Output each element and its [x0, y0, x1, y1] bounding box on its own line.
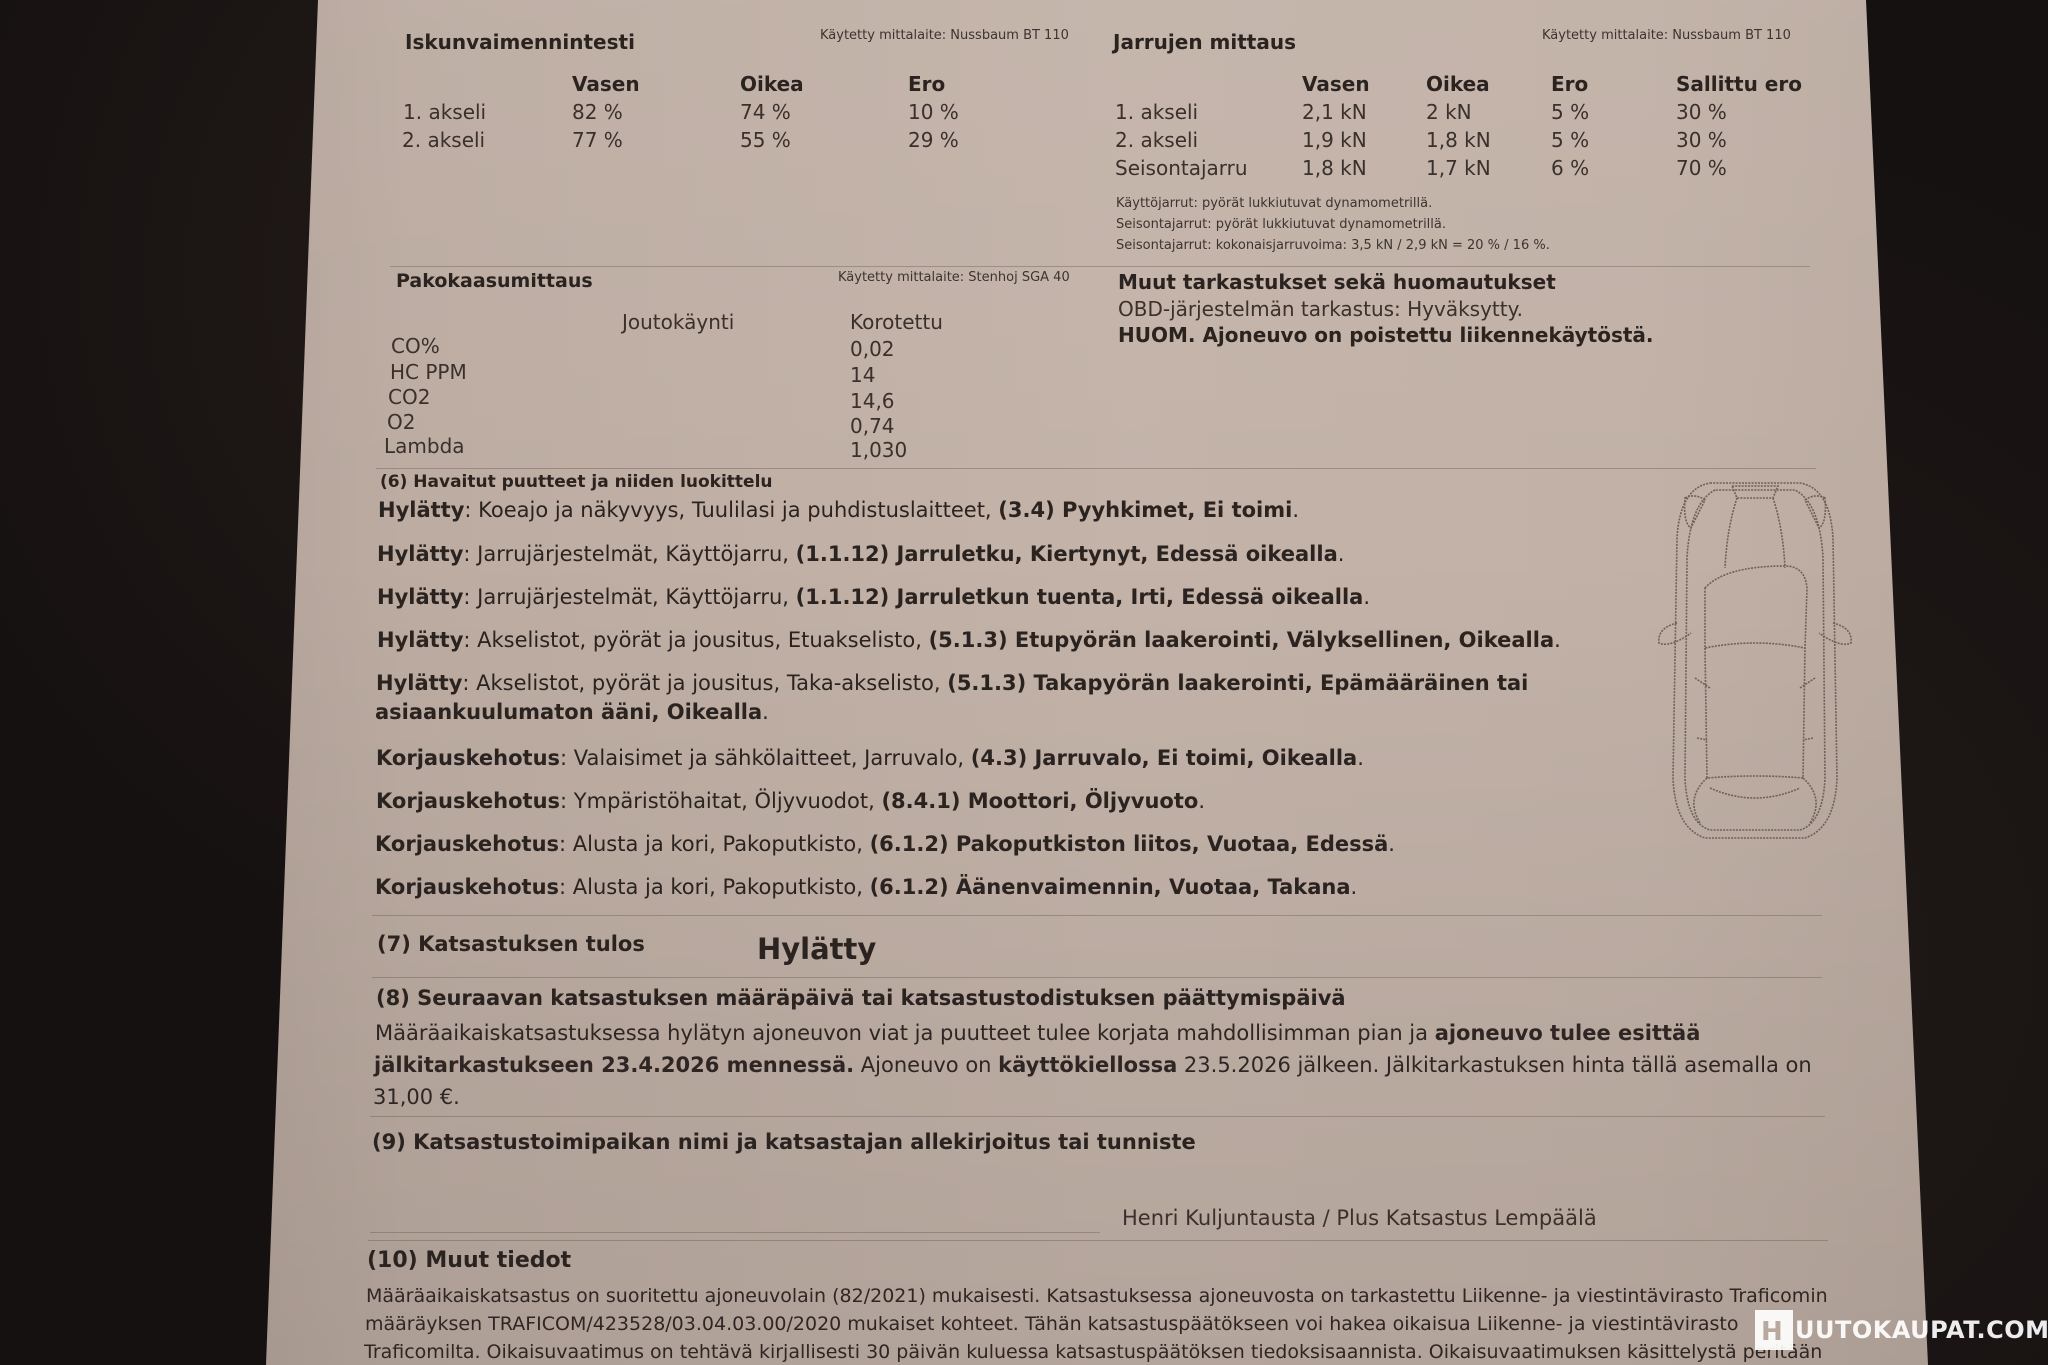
- row-value: 5 %: [1551, 100, 1589, 124]
- defect-code: (6.1.2) Pakoputkiston liitos, Vuotaa, Ed…: [870, 832, 1389, 856]
- defect-classification: Korjauskehotus: [375, 875, 559, 899]
- other-info-line: Traficomilta. Oikaisuvaatimus on tehtävä…: [364, 1338, 1822, 1365]
- defect-item: Hylätty: Akselistot, pyörät ja jousitus,…: [376, 671, 1528, 695]
- row-value: 55 %: [740, 128, 791, 152]
- divider: [368, 1240, 1828, 1241]
- row-value: 1,8 kN: [1426, 128, 1491, 152]
- shock-absorber-device: Käytetty mittalaite: Nussbaum BT 110: [820, 28, 1069, 43]
- defect-classification: Hylätty: [377, 585, 463, 609]
- defect-classification: Hylätty: [377, 628, 463, 652]
- defect-classification: Korjauskehotus: [376, 746, 560, 770]
- other-info-title: (10) Muut tiedot: [367, 1248, 571, 1273]
- row-value: 70 %: [1676, 156, 1727, 180]
- defect-code: (5.1.3) Takapyörän laakerointi, Epämäärä…: [947, 671, 1528, 695]
- defect-item-continuation: asiaankuulumaton ääni, Oikealla.: [375, 700, 769, 724]
- col-header-diff: Ero: [908, 72, 945, 96]
- result-value: Hylätty: [757, 932, 876, 966]
- row-value: 77 %: [572, 128, 623, 152]
- signature-title: (9) Katsastustoimipaikan nimi ja katsast…: [372, 1130, 1196, 1154]
- defect-classification: Korjauskehotus: [376, 789, 560, 813]
- row-label: Seisontajarru: [1115, 156, 1248, 180]
- row-value: 1,030: [850, 438, 907, 462]
- obd-check: OBD-järjestelmän tarkastus: Hyväksytty.: [1118, 297, 1523, 321]
- row-label: 1. akseli: [1115, 100, 1198, 124]
- divider: [390, 266, 1810, 267]
- other-info-line: Määräaikaiskatsastus on suoritettu ajone…: [366, 1282, 1828, 1310]
- defect-item: Hylätty: Jarrujärjestelmät, Käyttöjarru,…: [377, 542, 1344, 566]
- vehicle-removed-note: HUOM. Ajoneuvo on poistettu liikennekäyt…: [1118, 323, 1654, 347]
- row-label: 2. akseli: [1115, 128, 1198, 152]
- row-label: 2. akseli: [402, 128, 485, 152]
- exhaust-title: Pakokaasumittaus: [396, 270, 593, 292]
- divider: [370, 1116, 1825, 1117]
- defect-classification: Hylätty: [378, 498, 464, 522]
- divider: [376, 468, 1816, 469]
- other-checks-title: Muut tarkastukset sekä huomautukset: [1118, 270, 1556, 294]
- defects-title: (6) Havaitut puutteet ja niiden luokitte…: [380, 472, 773, 492]
- shock-absorber-title: Iskunvaimennintesti: [405, 30, 635, 54]
- defect-item: Hylätty: Koeajo ja näkyvyys, Tuulilasi j…: [378, 498, 1299, 522]
- brake-note: Seisontajarrut: kokonaisjarruvoima: 3,5 …: [1116, 238, 1550, 253]
- defect-item: Korjauskehotus: Valaisimet ja sähkölaitt…: [376, 746, 1364, 770]
- row-label: HC PPM: [390, 360, 467, 384]
- row-value: 0,74: [850, 414, 895, 438]
- col-header-raised: Korotettu: [850, 310, 943, 334]
- exhaust-device: Käytetty mittalaite: Stenhoj SGA 40: [838, 270, 1070, 285]
- row-value: 1,7 kN: [1426, 156, 1491, 180]
- reinspection-deadline: jälkitarkastukseen 23.4.2026 mennessä.: [374, 1053, 854, 1077]
- huutokaupat-watermark: H UUTOKAUPAT.COM: [1755, 1310, 2048, 1350]
- other-info-line: määräyksen TRAFICOM/423528/03.04.03.00/2…: [365, 1310, 1738, 1338]
- reinspection-price: 31,00 €.: [373, 1082, 460, 1113]
- car-top-view-diagram: [1655, 478, 1855, 843]
- row-value: 82 %: [572, 100, 623, 124]
- row-value: 30 %: [1676, 100, 1727, 124]
- defect-item: Hylätty: Jarrujärjestelmät, Käyttöjarru,…: [377, 585, 1370, 609]
- defect-classification: Hylätty: [377, 542, 463, 566]
- defect-code: (4.3) Jarruvalo, Ei toimi, Oikealla: [971, 746, 1357, 770]
- row-value: 10 %: [908, 100, 959, 124]
- defect-classification: Korjauskehotus: [375, 832, 559, 856]
- defect-code: (8.4.1) Moottori, Öljyvuoto: [881, 789, 1198, 813]
- next-inspection-line-1: Määräaikaiskatsastuksessa hylätyn ajoneu…: [375, 1018, 1700, 1049]
- defect-item: Korjauskehotus: Ympäristöhaitat, Öljyvuo…: [376, 789, 1205, 813]
- row-label: CO2: [388, 385, 430, 409]
- row-value: 5 %: [1551, 128, 1589, 152]
- row-value: 2 kN: [1426, 100, 1472, 124]
- row-label: 1. akseli: [403, 100, 486, 124]
- col-header-idle: Joutokäynti: [622, 310, 734, 334]
- col-header-left: Vasen: [1302, 72, 1370, 96]
- brake-note: Seisontajarrut: pyörät lukkiutuvat dynam…: [1116, 217, 1446, 232]
- row-value: 14: [850, 363, 875, 387]
- defect-code: (6.1.2) Äänenvaimennin, Vuotaa, Takana: [870, 875, 1351, 899]
- col-header-right: Oikea: [1426, 72, 1490, 96]
- defect-item: Korjauskehotus: Alusta ja kori, Pakoputk…: [375, 875, 1357, 899]
- brake-title: Jarrujen mittaus: [1113, 30, 1296, 54]
- defect-item: Hylätty: Akselistot, pyörät ja jousitus,…: [377, 628, 1561, 652]
- defect-code: (3.4) Pyyhkimet, Ei toimi: [998, 498, 1292, 522]
- defect-code: (1.1.12) Jarruletkun tuenta, Irti, Edess…: [796, 585, 1364, 609]
- row-value: 6 %: [1551, 156, 1589, 180]
- col-header-left: Vasen: [572, 72, 640, 96]
- row-value: 2,1 kN: [1302, 100, 1367, 124]
- defect-code: (1.1.12) Jarruletku, Kiertynyt, Edessä o…: [796, 542, 1338, 566]
- cube-logo-icon: H: [1755, 1310, 1793, 1350]
- inspector-name: Henri Kuljuntausta / Plus Katsastus Lemp…: [1122, 1206, 1597, 1230]
- row-value: 1,9 kN: [1302, 128, 1367, 152]
- row-value: 1,8 kN: [1302, 156, 1367, 180]
- watermark-text: UUTOKAUPAT.COM: [1795, 1316, 2048, 1344]
- row-value: 74 %: [740, 100, 791, 124]
- next-inspection-line-2: jälkitarkastukseen 23.4.2026 mennessä. A…: [374, 1050, 1812, 1081]
- col-header-allowed: Sallittu ero: [1676, 72, 1802, 96]
- row-value: 30 %: [1676, 128, 1727, 152]
- defect-code: (5.1.3) Etupyörän laakerointi, Välyksell…: [929, 628, 1555, 652]
- row-label: CO%: [391, 334, 440, 358]
- col-header-right: Oikea: [740, 72, 804, 96]
- row-value: 14,6: [850, 389, 895, 413]
- row-label: Lambda: [384, 434, 465, 458]
- defect-item: Korjauskehotus: Alusta ja kori, Pakoputk…: [375, 832, 1395, 856]
- divider: [372, 977, 1822, 978]
- row-value: 29 %: [908, 128, 959, 152]
- divider: [372, 915, 1822, 916]
- col-header-diff: Ero: [1551, 72, 1588, 96]
- row-label: O2: [387, 410, 415, 434]
- result-label: (7) Katsastuksen tulos: [377, 932, 645, 956]
- brake-note: Käyttöjarrut: pyörät lukkiutuvat dynamom…: [1116, 196, 1432, 211]
- signature-line: [370, 1232, 1100, 1233]
- brake-device: Käytetty mittalaite: Nussbaum BT 110: [1542, 28, 1791, 43]
- next-inspection-title: (8) Seuraavan katsastuksen määräpäivä ta…: [376, 986, 1346, 1010]
- row-value: 0,02: [850, 337, 895, 361]
- defect-classification: Hylätty: [376, 671, 462, 695]
